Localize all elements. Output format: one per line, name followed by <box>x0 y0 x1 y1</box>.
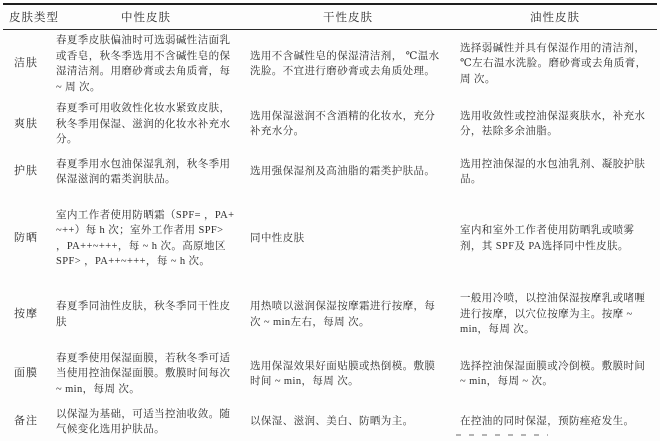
row-label: 爽肤 <box>3 98 49 151</box>
cell-dry: 以保湿、滋润、美白、防晒为主。 <box>243 403 453 441</box>
scanned-table-page: 皮肤类型 中性皮肤 干性皮肤 油性皮肤 洁肤 春夏季皮肤偏油时可选弱碱性洁面乳或… <box>0 3 660 441</box>
cell-neutral: 以保湿为基础，可适当控油收敛。随气候变化选用护肤品。 <box>49 403 243 441</box>
cell-oily: 选择控油保湿面膜或冷倒模。敷膜时间 ~ min，每周 ~ 次。 <box>453 346 657 403</box>
row-label: 面膜 <box>3 346 49 403</box>
cell-dry: 选用强保湿剂及高油脂的霜类护肤品。 <box>243 151 453 194</box>
table-row-toning: 爽肤 春夏季可用收敛性化妆水紧致皮肤，秋冬季用保湿、滋润的化妆水补充水分。 选用… <box>3 98 657 151</box>
row-label: 洁肤 <box>3 30 49 99</box>
cell-dry: 同中性皮肤 <box>243 194 453 284</box>
cell-dry: 选用不含碱性皂的保湿清洁剂， ℃温水洗脸。不宜进行磨砂膏或去角质处理。 <box>243 30 453 99</box>
cell-oily: 选择弱碱性并具有保湿作用的清洁剂， ℃左右温水洗脸。磨砂膏或去角质膏， 周 次。 <box>453 30 657 99</box>
column-header-dry-skin: 干性皮肤 <box>243 4 453 30</box>
cell-dry: 选用保湿滋润不含酒精的化妆水，充分补充水分。 <box>243 98 453 151</box>
column-header-skin-type: 皮肤类型 <box>3 4 49 30</box>
table-row-mask: 面膜 春夏季使用保湿面膜，若秋冬季可适当使用控油保湿面膜。敷膜时间每次 ~ mi… <box>3 346 657 403</box>
column-header-oily-skin: 油性皮肤 <box>453 4 657 30</box>
table-row-massage: 按摩 春夏季同油性皮肤，秋冬季同干性皮肤 用热喷以滋润保湿按摩霜进行按摩，每次 … <box>3 284 657 346</box>
row-label: 按摩 <box>3 284 49 346</box>
cell-neutral: 春夏季使用保湿面膜，若秋冬季可适当使用控油保湿面膜。敷膜时间每次 ~ min，每… <box>49 346 243 403</box>
cell-neutral: 室内工作者使用防晒霜（SPF= ，PA+ ~++）每 h 次；室外工作者用 SP… <box>49 194 243 284</box>
scan-artifact <box>456 432 548 438</box>
table-row-skincare: 护肤 春夏季用水包油保湿乳剂，秋冬季用保湿滋润的霜类润肤品。 选用强保湿剂及高油… <box>3 151 657 194</box>
row-label: 护肤 <box>3 151 49 194</box>
cell-dry: 选用保湿效果好面贴膜或热倒模。敷膜时间 ~ min，每周 次。 <box>243 346 453 403</box>
cell-neutral: 春夏季同油性皮肤，秋冬季同干性皮肤 <box>49 284 243 346</box>
table-row-sunscreen: 防晒 室内工作者使用防晒霜（SPF= ，PA+ ~++）每 h 次；室外工作者用… <box>3 194 657 284</box>
row-label: 备注 <box>3 403 49 441</box>
cell-oily: 选用控油保湿的水包油乳剂、凝胶护肤品。 <box>453 151 657 194</box>
cell-neutral: 春夏季用水包油保湿乳剂，秋冬季用保湿滋润的霜类润肤品。 <box>49 151 243 194</box>
header-row: 皮肤类型 中性皮肤 干性皮肤 油性皮肤 <box>3 4 657 30</box>
row-label: 防晒 <box>3 194 49 284</box>
table-row-cleansing: 洁肤 春夏季皮肤偏油时可选弱碱性洁面乳或香皂，秋冬季选用不含碱性皂的保湿清洁剂。… <box>3 30 657 99</box>
cell-neutral: 春夏季皮肤偏油时可选弱碱性洁面乳或香皂，秋冬季选用不含碱性皂的保湿清洁剂。用磨砂… <box>49 30 243 99</box>
cell-oily: 选用收敛性或控油保湿爽肤水，补充水分，祛除多余油脂。 <box>453 98 657 151</box>
cell-oily: 室内和室外工作者使用防晒乳或喷雾剂，其 SPF及 PA选择同中性皮肤。 <box>453 194 657 284</box>
cell-neutral: 春夏季可用收敛性化妆水紧致皮肤，秋冬季用保湿、滋润的化妆水补充水分。 <box>49 98 243 151</box>
cell-oily: 一般用冷喷，以控油保湿按摩乳或啫喱进行按摩，以穴位按摩为主。按摩 ~ min，每… <box>453 284 657 346</box>
skin-care-table: 皮肤类型 中性皮肤 干性皮肤 油性皮肤 洁肤 春夏季皮肤偏油时可选弱碱性洁面乳或… <box>3 3 657 441</box>
cell-dry: 用热喷以滋润保湿按摩霜进行按摩，每次 ~ min左右，每周 次。 <box>243 284 453 346</box>
table-row-remarks: 备注 以保湿为基础，可适当控油收敛。随气候变化选用护肤品。 以保湿、滋润、美白、… <box>3 403 657 441</box>
column-header-neutral-skin: 中性皮肤 <box>49 4 243 30</box>
